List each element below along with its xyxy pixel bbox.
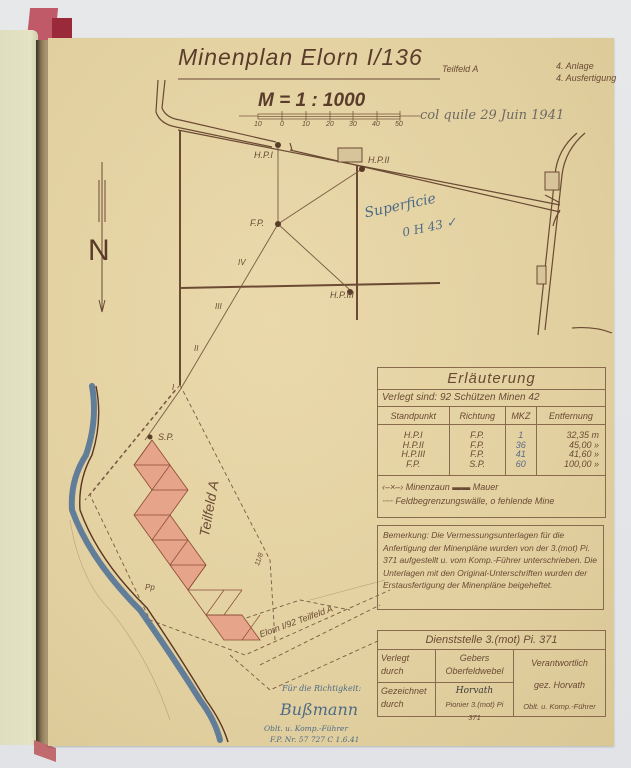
verantwortlich-rank: Oblt. u. Komp.-Führer (517, 696, 602, 718)
pencil-date-note: col quile 29 Juin 1941 (420, 108, 564, 123)
label-fp: F.P. (250, 218, 264, 228)
legend-table: Standpunkt Richtung MKZ Entfernung H.P.I… (378, 407, 605, 475)
scale-tick-20: 20 (326, 121, 334, 128)
entfernung-3: 100,00 » (537, 460, 599, 470)
gezeichnet-label: Gezeichnet durch (378, 683, 436, 716)
label-hp3: H.P.III (330, 290, 354, 300)
label-hp2: H.P.II (368, 155, 389, 165)
cert-line-1: Für die Richtigkeit: (282, 684, 361, 693)
label-pp: Pp (145, 583, 155, 592)
legend-keys: ‹–×–› Minenzaun ▬▬ Mauer ┈┈ Feldbegrenzu… (378, 475, 605, 512)
standpunkt-3: F.P. (378, 460, 449, 470)
label-mark-iii: III (215, 302, 222, 311)
road-right (538, 133, 585, 335)
label-hp1: H.P.I (254, 150, 273, 160)
col-entfernung: Entfernung (536, 407, 605, 425)
legend-key-1: ‹–×–› Minenzaun ▬▬ Mauer (382, 480, 601, 494)
table-cell: H.P.I H.P.II H.P.III F.P. (378, 425, 449, 476)
map-title: Minenplan Elorn I/136 (178, 44, 423, 71)
table-cell: F.P. F.P. F.P. S.P. (449, 425, 505, 476)
table-cell: 32,35 m 45,00 » 41,60 » 100,00 » (536, 425, 605, 476)
verantwortlich-cell: Verantwortlich gez. Horvath Oblt. u. Kom… (514, 650, 605, 716)
scale-label: M = 1 : 1000 (258, 90, 365, 112)
scale-tick-10l: 10 (254, 121, 262, 128)
gezeichnet-signature: Horvath (439, 685, 510, 698)
legend-panel: Erläuterung Verlegt sind: 92 Schützen Mi… (377, 367, 606, 518)
col-mkz: MKZ (505, 407, 536, 425)
label-mark-ii: II (194, 344, 198, 353)
scale-tick-50: 50 (395, 121, 403, 128)
legend-heading: Erläuterung (378, 368, 605, 390)
verlegt-value: Gebers Oberfeldwebel (436, 650, 514, 683)
col-richtung: Richtung (449, 407, 505, 425)
subfield-label: Teilfeld A (442, 64, 478, 74)
verlegt-label: Verlegt durch (378, 650, 436, 683)
verantwortlich-value: gez. Horvath (517, 674, 602, 696)
label-sp: S.P. (158, 432, 174, 442)
field-boundary (85, 385, 390, 690)
scale-tick-30: 30 (349, 121, 357, 128)
label-mark-i: I (172, 383, 174, 392)
legend-verlegt: Verlegt sind: 92 Schützen Minen 42 (378, 390, 605, 407)
label-mark-iv: IV (238, 258, 246, 267)
remark-panel: Bemerkung: Die Vermessungsunterlagen für… (377, 525, 604, 610)
scale-tick-40: 40 (372, 121, 380, 128)
richtung-3: S.P. (450, 460, 505, 470)
annex-line-1: 4. Anlage (556, 60, 616, 72)
wall-lines (180, 130, 440, 385)
minefield (134, 440, 260, 640)
cert-line-3: F.P. Nr. 57 727 C 1.6.41 (270, 735, 359, 744)
building-right-2 (537, 266, 546, 284)
building-right-1 (545, 172, 559, 190)
annex-line-2: 4. Ausfertigung (556, 72, 616, 84)
office-panel: Dienststelle 3.(mot) Pi. 371 Verlegt dur… (377, 630, 606, 717)
north-label: N (88, 234, 110, 268)
gezeichnet-cell: Horvath Pionier 3.(mot) Pi 371 (436, 683, 514, 716)
mkz-3: 60 (506, 460, 536, 470)
legend-key-2: ┈┈ Feldbegrenzungswälle, o fehlende Mine (382, 494, 601, 508)
col-standpunkt: Standpunkt (378, 407, 449, 425)
office-heading: Dienststelle 3.(mot) Pi. 371 (378, 631, 605, 650)
scale-tick-10: 10 (302, 121, 310, 128)
scale-bar (239, 111, 420, 121)
gezeichnet-value: Pionier 3.(mot) Pi 371 (439, 698, 510, 724)
table-cell: 1 36 41 60 (505, 425, 536, 476)
cert-signature: Bußmann (280, 700, 358, 719)
verantwortlich-label: Verantwortlich (517, 652, 602, 674)
scale-tick-0: 0 (280, 121, 284, 128)
building (338, 148, 362, 162)
annex-notes: 4. Anlage 4. Ausfertigung (556, 60, 616, 84)
cert-line-2: Oblt. u. Komp.-Führer (264, 724, 348, 733)
